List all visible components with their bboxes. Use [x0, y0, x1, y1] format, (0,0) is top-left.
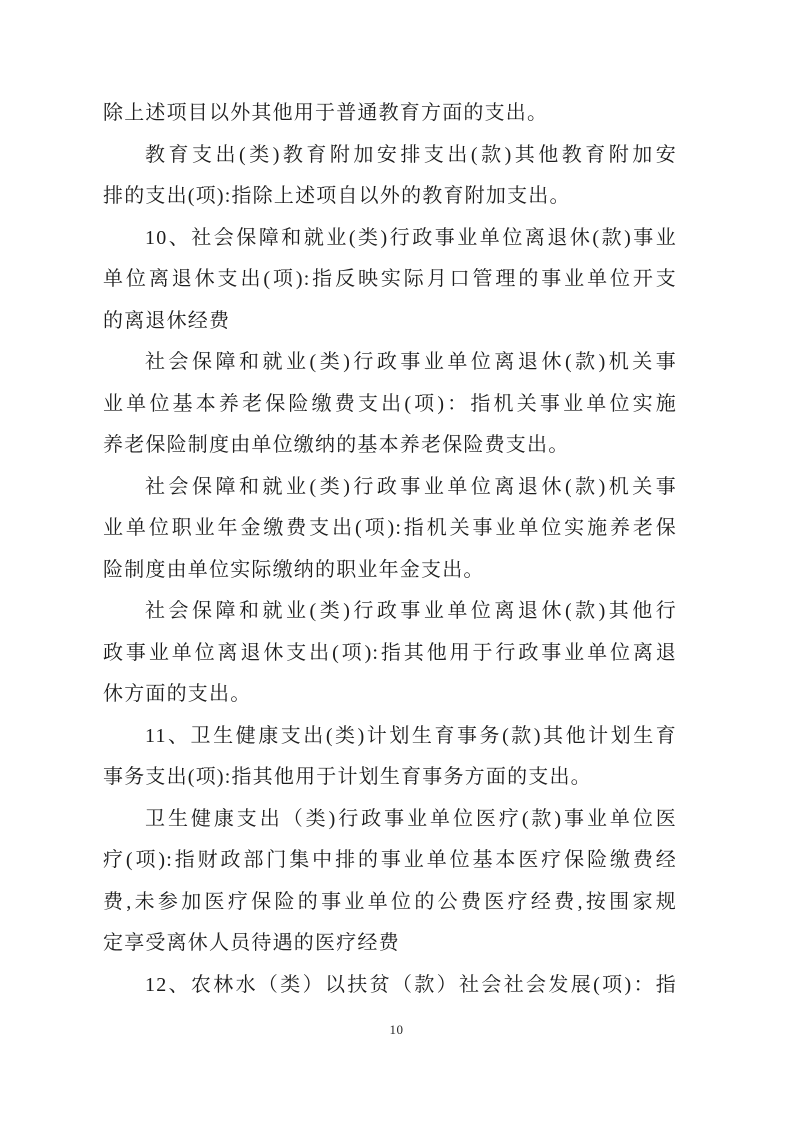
text-line: 业单位基本养老保险缴费支出(项)：指机关事业单位实施 — [103, 384, 677, 426]
text-line: 险制度由单位实际缴纳的职业年金支出。 — [103, 550, 677, 592]
page-number: 10 — [0, 1022, 793, 1038]
text-line: 社会保障和就业(类)行政事业单位离退休(款)机关事 — [103, 342, 677, 384]
text-line: 社会保障和就业(类)行政事业单位离退休(款)其他行 — [103, 591, 677, 633]
text-line: 定享受离休人员待遇的医疗经费 — [103, 923, 677, 965]
text-line: 教育支出(类)教育附加安排支出(款)其他教育附加安 — [103, 135, 677, 177]
text-line: 疗(项):指财政部门集中排的事业单位基本医疗保险缴费经 — [103, 840, 677, 882]
text-line: 10、社会保障和就业(类)行政事业单位离退休(款)事业 — [103, 218, 677, 260]
text-line: 业单位职业年金缴费支出(项):指机关事业单位实施养老保 — [103, 508, 677, 550]
text-line: 休方面的支出。 — [103, 674, 677, 716]
text-line: 养老保险制度由单位缴纳的基本养老保险费支出。 — [103, 425, 677, 467]
document-body: 除上述项目以外其他用于普通教育方面的支出。教育支出(类)教育附加安排支出(款)其… — [103, 93, 677, 1006]
text-line: 11、卫生健康支出(类)计划生育事务(款)其他计划生育 — [103, 716, 677, 758]
text-line: 12、农林水（类）以扶贫（款）社会社会发展(项)：指 — [103, 965, 677, 1007]
text-line: 排的支出(项):指除上述项自以外的教育附加支出。 — [103, 176, 677, 218]
text-line: 社会保障和就业(类)行政事业单位离退休(款)机关事 — [103, 467, 677, 509]
text-line: 政事业单位离退休支出(项):指其他用于行政事业单位离退 — [103, 633, 677, 675]
text-line: 费,未参加医疗保险的事业单位的公费医疗经费,按围家规 — [103, 882, 677, 924]
text-line: 的离退休经费 — [103, 301, 677, 343]
text-line: 卫生健康支出（类)行政事业单位医疗(款)事业单位医 — [103, 799, 677, 841]
text-line: 单位离退休支出(项):指反映实际月口管理的事业单位开支 — [103, 259, 677, 301]
text-line: 事务支出(项):指其他用于计划生育事务方面的支出。 — [103, 757, 677, 799]
text-line: 除上述项目以外其他用于普通教育方面的支出。 — [103, 93, 677, 135]
document-page: 除上述项目以外其他用于普通教育方面的支出。教育支出(类)教育附加安排支出(款)其… — [0, 0, 793, 1122]
